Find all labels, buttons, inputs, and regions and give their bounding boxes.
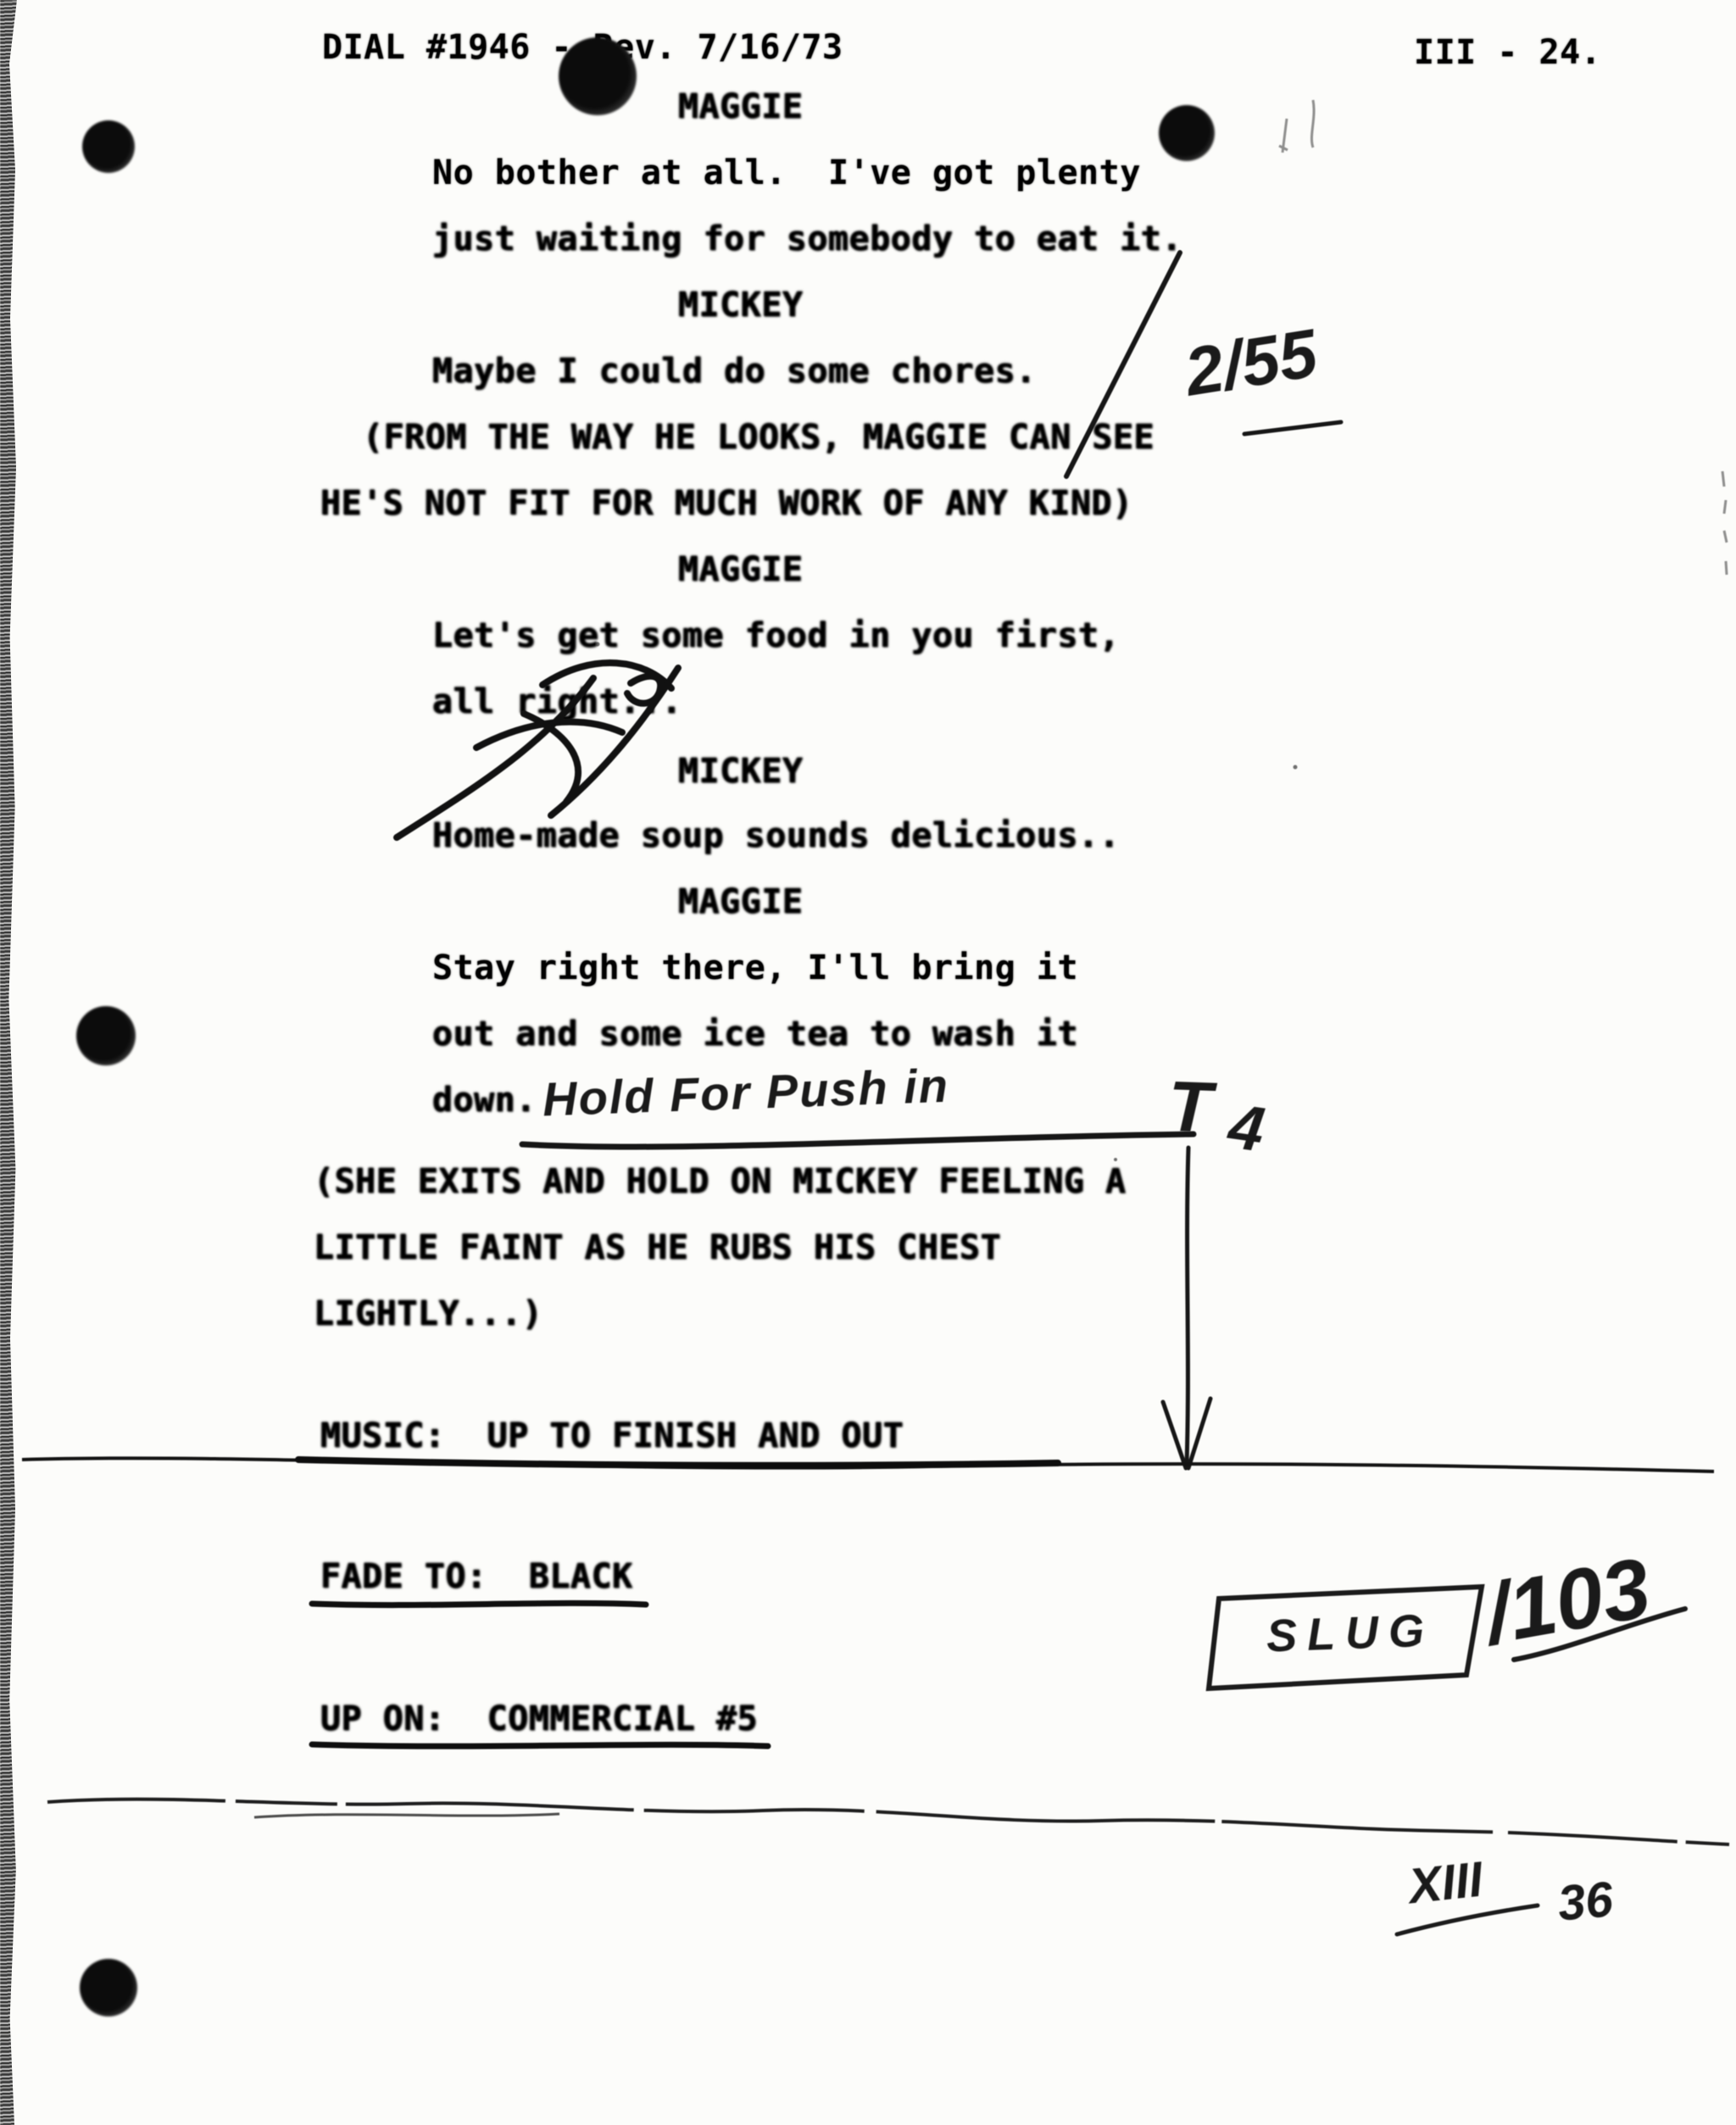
- punch-hole: [82, 120, 135, 173]
- handwritten-take-number: 4: [1224, 1090, 1269, 1166]
- dialogue-line: Home-made soup sounds delicious..: [432, 817, 1120, 854]
- pencil-marks: [1279, 100, 1314, 153]
- dialogue-line: out and some ice tea to wash it: [432, 1015, 1078, 1053]
- character-cue: MAGGIE: [678, 551, 804, 588]
- stage-direction: LIGHTLY...): [314, 1295, 543, 1332]
- punch-hole: [76, 1006, 136, 1065]
- handwritten-slug-label: SLUG: [1266, 1605, 1435, 1663]
- dialogue-line-crossed-out: all right...: [432, 683, 682, 720]
- pen-underline: [1244, 422, 1341, 434]
- music-rule: [22, 1458, 1714, 1471]
- scan-edge-marks: [1722, 471, 1727, 575]
- stage-direction: (FROM THE WAY HE LOOKS, MAGGIE CAN SEE: [363, 419, 1155, 456]
- dialogue-line: Maybe I could do some chores.: [432, 353, 1037, 390]
- stage-direction: (SHE EXITS AND HOLD ON MICKEY FEELING A: [314, 1163, 1127, 1200]
- page-number: III - 24.: [1414, 34, 1601, 71]
- handwritten-timing-note: 2/55: [1180, 314, 1322, 411]
- handwritten-take-mark: T: [1166, 1065, 1213, 1149]
- script-page: DIAL #1946 - Rev. 7/16/73 III - 24. MAGG…: [0, 0, 1736, 2125]
- punch-hole: [80, 1959, 137, 2017]
- typed-underline: [312, 1744, 768, 1746]
- character-cue: MICKEY: [678, 753, 804, 790]
- transition-fade-to: FADE TO: BLACK: [320, 1558, 633, 1595]
- dialogue-line: No bother at all. I've got plenty: [432, 154, 1141, 192]
- stage-direction: HE'S NOT FIT FOR MUCH WORK OF ANY KIND): [320, 485, 1133, 522]
- dialogue-line: Stay right there, I'll bring it: [432, 949, 1078, 987]
- music-cue: MUSIC: UP TO FINISH AND OUT: [320, 1417, 904, 1455]
- typed-underline: [312, 1603, 646, 1605]
- dialogue-line: down.: [432, 1082, 537, 1119]
- transition-up-on: UP ON: COMMERCIAL #5: [320, 1700, 758, 1738]
- punch-hole: [1159, 105, 1215, 161]
- punch-hole: [559, 37, 637, 115]
- stage-direction: LITTLE FAINT AS HE RUBS HIS CHEST: [314, 1229, 1001, 1266]
- character-cue: MAGGIE: [678, 883, 804, 921]
- arrow-down: [1163, 1148, 1210, 1468]
- character-cue: MICKEY: [678, 286, 804, 324]
- bottom-wavy-line: [47, 1800, 1729, 1844]
- pen-underline: [522, 1134, 1193, 1147]
- handwritten-roman-numeral: XIII: [1406, 1851, 1486, 1916]
- handwritten-page-count: 36: [1555, 1871, 1615, 1932]
- handwritten-slug-number: /103: [1477, 1539, 1657, 1664]
- dialogue-line: Let's get some food in you first,: [432, 617, 1120, 654]
- scan-edge-strip: [0, 0, 17, 2125]
- dialogue-line: just waiting for somebody to eat it.: [432, 220, 1182, 258]
- character-cue: MAGGIE: [678, 88, 804, 125]
- handwritten-camera-note: Hold For Push in: [542, 1058, 950, 1127]
